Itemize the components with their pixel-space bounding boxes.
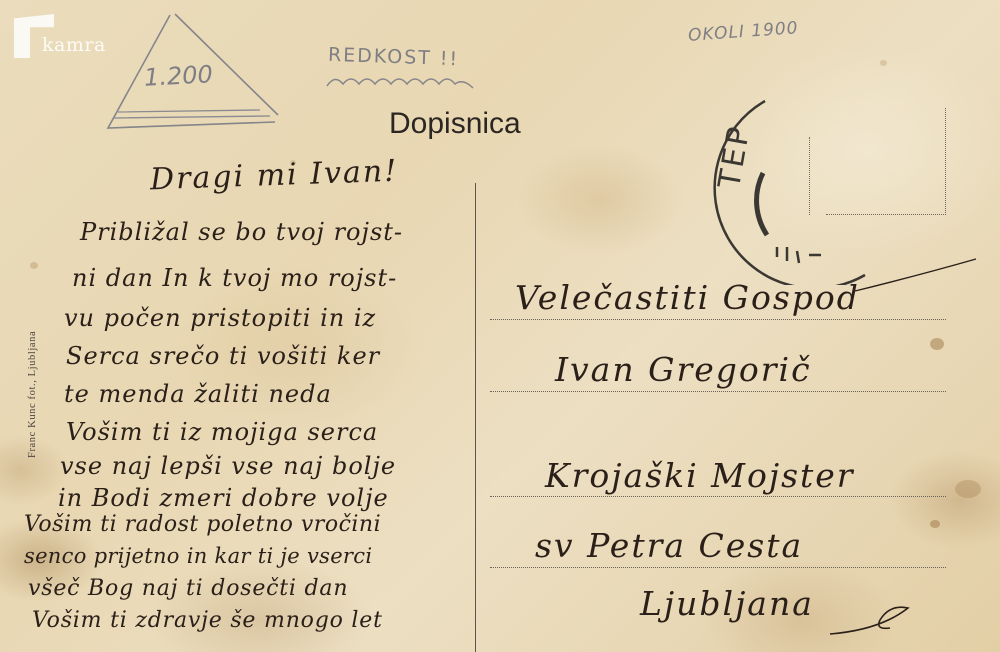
stamp-box-edge [945, 108, 946, 215]
message-line: Približal se bo tvoj rojst- [80, 218, 403, 246]
message-line: Vošim ti radost poletno vročini [24, 512, 381, 537]
address-line-rule [490, 496, 946, 497]
postcard-back: kamra 1.200 REDKOST !! OKOLI 1900 Dopisn… [0, 0, 1000, 652]
message-line: te menda žaliti neda [64, 380, 332, 408]
card-title: Dopisnica [389, 107, 521, 141]
address-line-rule [490, 391, 946, 392]
address-street: sv Petra Cesta [535, 526, 803, 565]
message-line: Vošim ti zdravje še mnogo let [32, 608, 383, 633]
vertical-divider [475, 183, 476, 652]
message-line: vu počen pristopiti in iz [64, 304, 376, 332]
stain-spot [880, 60, 887, 66]
stain-spot [30, 262, 38, 269]
stain-spot [955, 480, 981, 498]
wavy-underline-icon [325, 70, 475, 92]
message-line: in Bodi zmeri dobre volje [58, 484, 389, 512]
address-name: Ivan Gregorič [555, 350, 812, 389]
address-city: Ljubljana [640, 584, 814, 623]
watermark-text: kamra [42, 34, 106, 56]
message-line: ni dan In k tvoj mo rojst- [72, 264, 397, 292]
flourish-icon [850, 255, 980, 295]
message-greeting: Dragi mi Ivan! [149, 154, 398, 198]
message-line: senco prijetno in kar ti je vserci [24, 544, 372, 568]
message-line: Serca srečo ti vošiti ker [66, 342, 380, 370]
flourish-icon [820, 600, 920, 640]
message-line: Vošim ti iz mojiga serca [66, 418, 378, 446]
stain-spot [930, 520, 940, 528]
address-line-rule [490, 319, 946, 320]
date-annotation: OKOLI 1900 [687, 18, 799, 46]
address-line-rule [490, 567, 946, 568]
address-occupation: Krojaški Mojster [545, 456, 855, 495]
message-line: všeč Bog naj ti dosečti dan [28, 576, 348, 601]
photographer-credit: Franc Kunc fot., Ljubljana [27, 331, 38, 458]
message-line: vse naj lepši vse naj bolje [60, 452, 396, 480]
address-salutation: Velečastiti Gospod [515, 278, 860, 317]
price-annotation: 1.200 [143, 60, 213, 92]
stain-spot [930, 338, 944, 350]
rarity-annotation: REDKOST !! [328, 44, 460, 71]
